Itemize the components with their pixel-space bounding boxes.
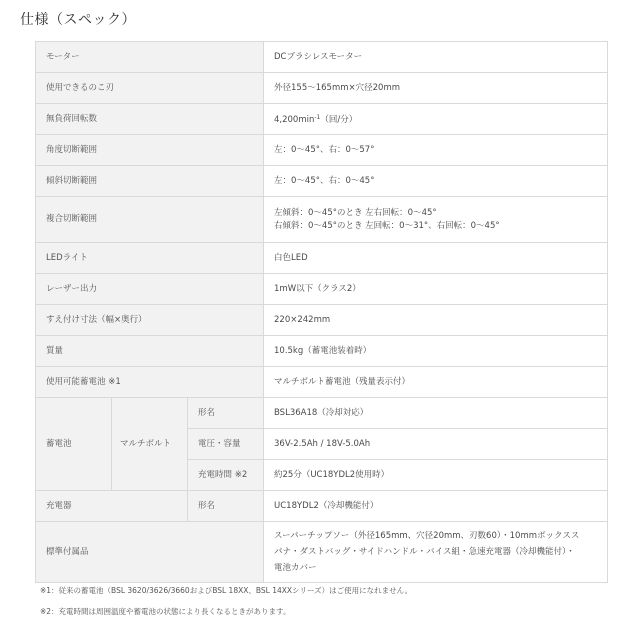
spec-label: すえ付け寸法（幅×奥行） [36, 305, 264, 336]
battery-label: 蓄電池 [36, 398, 112, 491]
battery-type-label: マルチボルト [112, 398, 188, 491]
spec-label: 無負荷回転数 [36, 104, 264, 135]
speed-value: 4,200min [274, 115, 314, 125]
page-title: 仕様（スペック） [20, 9, 136, 29]
spec-row-footprint: すえ付け寸法（幅×奥行） 220×242mm [36, 305, 608, 336]
spec-value: 4,200min-1（回/分） [264, 104, 608, 135]
spec-value: マルチボルト蓄電池（残量表示付） [264, 367, 608, 398]
spec-row-accessories: 標準付属品 スーパーチップソー（外径165mm、穴径20mm、刃数60）・10m… [36, 522, 608, 583]
spec-row-battery-model: 蓄電池 マルチボルト 形名 BSL36A18（冷却対応） [36, 398, 608, 429]
spec-row-led: LEDライト 白色LED [36, 243, 608, 274]
accessories-line-2: パナ・ダストバッグ・サイドハンドル・バイス組・急速充電器（冷却機能付）・ [274, 544, 607, 560]
spec-value: 外径155～165mm×穴径20mm [264, 73, 608, 104]
footnote-2: ※2：充電時間は周囲温度や蓄電池の状態により長くなるときがあります。 [40, 606, 412, 627]
spec-label: レーザー出力 [36, 274, 264, 305]
charger-label: 充電器 [36, 491, 188, 522]
spec-label: モーター [36, 42, 264, 73]
spec-value: UC18YDL2（冷却機能付） [264, 491, 608, 522]
spec-row-compatible-battery: 使用可能蓄電池 ※1 マルチボルト蓄電池（残量表示付） [36, 367, 608, 398]
spec-label: 傾斜切断範囲 [36, 166, 264, 197]
spec-value: 左傾斜：0～45°のとき 左右回転：0～45° 右傾斜：0～45°のとき 左回転… [264, 197, 608, 243]
spec-row-compound-range: 複合切断範囲 左傾斜：0～45°のとき 左右回転：0～45° 右傾斜：0～45°… [36, 197, 608, 243]
spec-label: 質量 [36, 336, 264, 367]
accessories-line-3: 電池カバー [274, 560, 607, 576]
spec-label: 使用できるのこ刃 [36, 73, 264, 104]
spec-label: 標準付属品 [36, 522, 264, 583]
compound-line-1: 左傾斜：0～45°のとき 左右回転：0～45° [274, 207, 607, 220]
spec-row-weight: 質量 10.5kg（蓄電池装着時） [36, 336, 608, 367]
spec-value: 左：0～45°、右：0～45° [264, 166, 608, 197]
spec-row-no-load-speed: 無負荷回転数 4,200min-1（回/分） [36, 104, 608, 135]
spec-value: DCブラシレスモーター [264, 42, 608, 73]
spec-value: BSL36A18（冷却対応） [264, 398, 608, 429]
spec-label: 角度切断範囲 [36, 135, 264, 166]
spec-value: 36V-2.5Ah / 18V-5.0Ah [264, 429, 608, 460]
compound-line-2: 右傾斜：0～45°のとき 左回転：0～31°、右回転：0～45° [274, 220, 607, 233]
spec-row-charger: 充電器 形名 UC18YDL2（冷却機能付） [36, 491, 608, 522]
spec-value: 白色LED [264, 243, 608, 274]
spec-label: 使用可能蓄電池 ※1 [36, 367, 264, 398]
spec-sublabel: 形名 [188, 491, 264, 522]
spec-sublabel: 電圧・容量 [188, 429, 264, 460]
spec-table: モーター DCブラシレスモーター 使用できるのこ刃 外径155～165mm×穴径… [35, 41, 608, 583]
spec-row-laser: レーザー出力 1mW以下（クラス2） [36, 274, 608, 305]
spec-label: LEDライト [36, 243, 264, 274]
spec-sublabel: 充電時間 ※2 [188, 460, 264, 491]
accessories-line-1: スーパーチップソー（外径165mm、穴径20mm、刃数60）・10mmボックスス [274, 528, 607, 544]
spec-label: 複合切断範囲 [36, 197, 264, 243]
spec-value: 220×242mm [264, 305, 608, 336]
spec-value: 1mW以下（クラス2） [264, 274, 608, 305]
speed-unit: （回/分） [320, 115, 357, 125]
spec-row-motor: モーター DCブラシレスモーター [36, 42, 608, 73]
spec-value: 左：0～45°、右：0～57° [264, 135, 608, 166]
spec-value: 10.5kg（蓄電池装着時） [264, 336, 608, 367]
footnotes: ※1：従来の蓄電池（BSL 3620/3626/3660およびBSL 18XX、… [40, 585, 412, 627]
spec-row-blade: 使用できるのこ刃 外径155～165mm×穴径20mm [36, 73, 608, 104]
spec-row-miter-range: 角度切断範囲 左：0～45°、右：0～57° [36, 135, 608, 166]
spec-value: スーパーチップソー（外径165mm、穴径20mm、刃数60）・10mmボックスス… [264, 522, 608, 583]
footnote-1: ※1：従来の蓄電池（BSL 3620/3626/3660およびBSL 18XX、… [40, 585, 412, 606]
spec-row-bevel-range: 傾斜切断範囲 左：0～45°、右：0～45° [36, 166, 608, 197]
spec-sublabel: 形名 [188, 398, 264, 429]
spec-value: 約25分（UC18YDL2使用時） [264, 460, 608, 491]
